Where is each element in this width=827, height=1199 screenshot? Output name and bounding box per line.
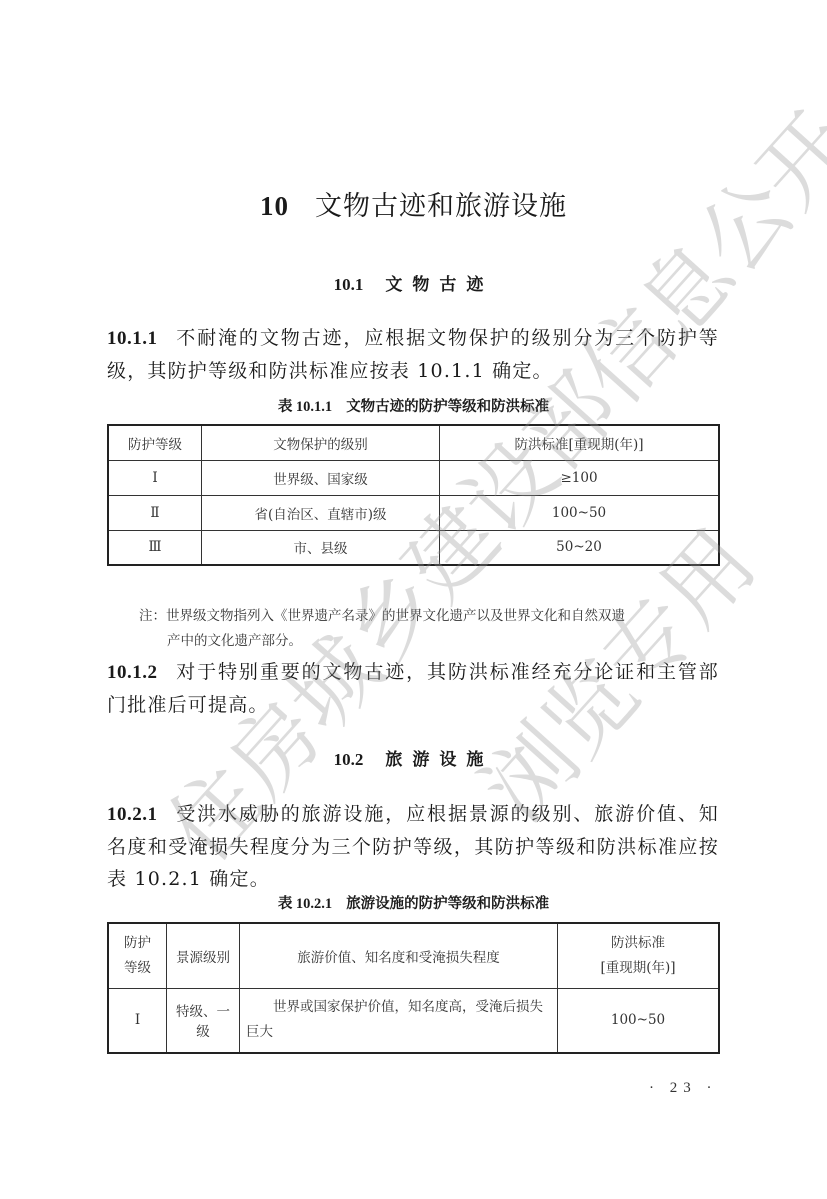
table-header-cell: 防护等级: [108, 425, 202, 460]
table-row: Ⅲ 市、县级 50~20: [108, 530, 719, 565]
table-header-cell: 文物保护的级别: [202, 425, 440, 460]
header-line: 防洪标准: [611, 935, 665, 951]
table-header-cell: 防洪标准 [重现期(年)]: [558, 923, 720, 988]
table-cell: Ⅲ: [108, 530, 202, 565]
table-cell: 100~50: [558, 988, 720, 1053]
clause-number: 10.1.1: [107, 328, 158, 349]
table-cell: 特级、一级: [167, 988, 240, 1053]
section-title-10-1: 10.1文物古迹: [0, 270, 827, 295]
table-caption-10-1-1: 表 10.1.1文物古迹的防护等级和防洪标准: [0, 395, 827, 416]
table-cell: 世界级、国家级: [202, 460, 440, 495]
chapter-number: 10: [260, 191, 289, 221]
table-caption-10-2-1: 表 10.2.1旅游设施的防护等级和防洪标准: [0, 892, 827, 913]
table-cell: Ⅱ: [108, 495, 202, 530]
table-header-cell: 防洪标准[重现期(年)]: [440, 425, 720, 460]
table-cell: 世界或国家保护价值，知名度高，受淹后损失巨大: [240, 988, 558, 1053]
note-line: 产中的文化遗产部分。: [139, 629, 721, 654]
table-row: Ⅱ 省(自治区、直辖市)级 100~50: [108, 495, 719, 530]
clause-text: 受洪水威胁的旅游设施，应根据景源的级别、旅游价值、知名度和受淹损失程度分为三个防…: [107, 803, 719, 890]
table-cell: 市、县级: [202, 530, 440, 565]
clause-number: 10.2.1: [107, 804, 158, 825]
table-10-2-1: 防护 等级 景源级别 旅游价值、知名度和受淹损失程度 防洪标准 [重现期(年)]…: [107, 922, 720, 1054]
section-number: 10.1: [334, 275, 364, 294]
section-title-text: 文物古迹: [385, 275, 493, 295]
table-cell: 省(自治区、直辖市)级: [202, 495, 440, 530]
page-number: · 23 ·: [649, 1080, 718, 1097]
table-cell: Ⅰ: [108, 988, 167, 1053]
chapter-title: 10文物古迹和旅游设施: [0, 184, 827, 223]
table-caption-title: 旅游设施的防护等级和防洪标准: [346, 896, 549, 912]
table-caption-number: 表 10.1.1: [278, 399, 332, 415]
table-caption-number: 表 10.2.1: [278, 896, 332, 912]
table-cell: 50~20: [440, 530, 720, 565]
table-header-cell: 防护 等级: [108, 923, 167, 988]
clause-10-2-1: 10.2.1受洪水威胁的旅游设施，应根据景源的级别、旅游价值、知名度和受淹损失程…: [107, 798, 719, 895]
clause-text: 对于特别重要的文物古迹，其防洪标准经充分论证和主管部门批准后可提高。: [107, 661, 719, 716]
table-header-cell: 旅游价值、知名度和受淹损失程度: [240, 923, 558, 988]
chapter-title-text: 文物古迹和旅游设施: [315, 191, 567, 222]
table-cell: Ⅰ: [108, 460, 202, 495]
table-caption-title: 文物古迹的防护等级和防洪标准: [346, 399, 549, 415]
section-title-text: 旅游设施: [385, 750, 493, 770]
clause-10-1-2: 10.1.2对于特别重要的文物古迹，其防洪标准经充分论证和主管部门批准后可提高。: [107, 656, 719, 721]
clause-text: 不耐淹的文物古迹，应根据文物保护的级别分为三个防护等级，其防护等级和防洪标准应按…: [107, 327, 719, 382]
header-line: [重现期(年)]: [600, 960, 675, 976]
table-header-cell: 景源级别: [167, 923, 240, 988]
clause-10-1-1: 10.1.1不耐淹的文物古迹，应根据文物保护的级别分为三个防护等级，其防护等级和…: [107, 322, 719, 387]
document-page: 10文物古迹和旅游设施 10.1文物古迹 10.1.1不耐淹的文物古迹，应根据文…: [0, 0, 827, 1199]
table-header-row: 防护 等级 景源级别 旅游价值、知名度和受淹损失程度 防洪标准 [重现期(年)]: [108, 923, 719, 988]
table-row: Ⅰ 世界级、国家级 ≥100: [108, 460, 719, 495]
clause-number: 10.1.2: [107, 662, 158, 683]
section-title-10-2: 10.2旅游设施: [0, 745, 827, 770]
table-header-row: 防护等级 文物保护的级别 防洪标准[重现期(年)]: [108, 425, 719, 460]
header-line: 防护: [124, 935, 151, 951]
table-cell: 100~50: [440, 495, 720, 530]
table-cell: ≥100: [440, 460, 720, 495]
table-row: Ⅰ 特级、一级 世界或国家保护价值，知名度高，受淹后损失巨大 100~50: [108, 988, 719, 1053]
table-note: 注：世界级文物指列入《世界遗产名录》的世界文化遗产以及世界文化和自然双遗 产中的…: [139, 604, 721, 654]
note-line: 注：世界级文物指列入《世界遗产名录》的世界文化遗产以及世界文化和自然双遗: [139, 608, 625, 624]
header-line: 等级: [124, 960, 151, 976]
table-10-1-1: 防护等级 文物保护的级别 防洪标准[重现期(年)] Ⅰ 世界级、国家级 ≥100…: [107, 424, 720, 566]
section-number: 10.2: [334, 750, 364, 769]
